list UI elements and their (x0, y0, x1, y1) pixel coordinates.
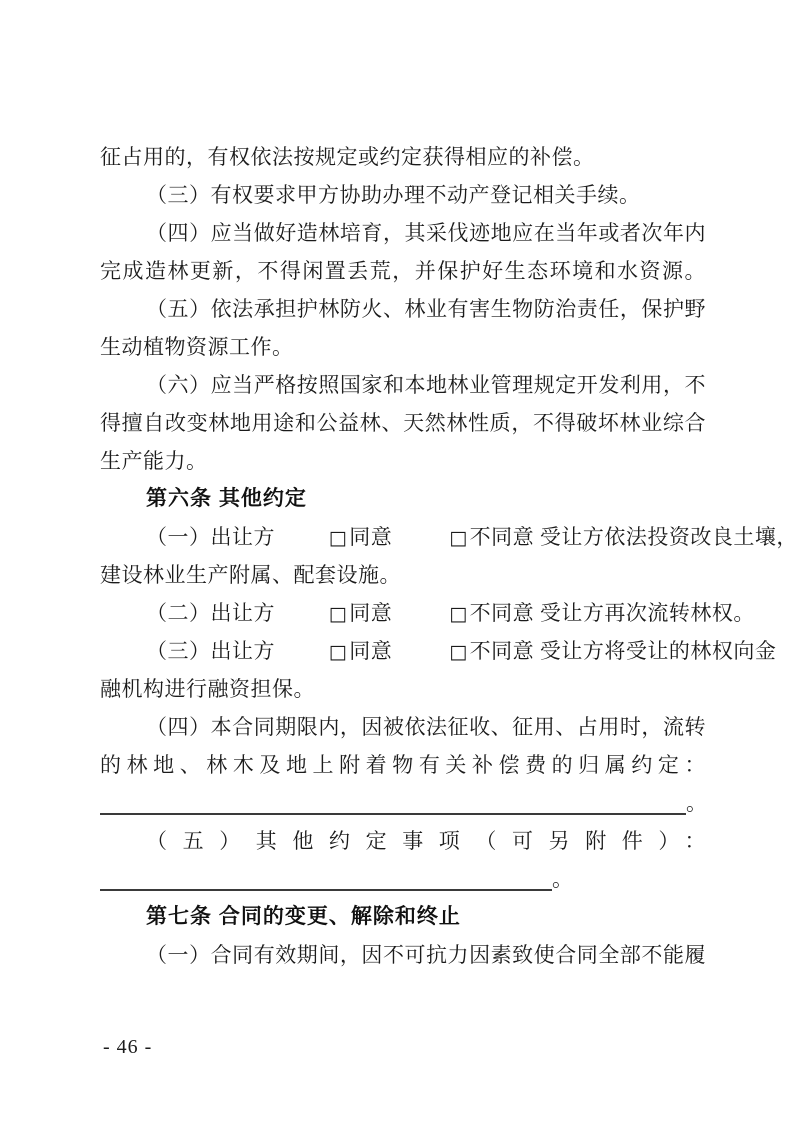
agree-label: 同意 (349, 639, 392, 663)
checkbox-disagree-icon: □ (401, 519, 469, 557)
checkbox-agree-icon: □ (281, 595, 349, 633)
clause-checkbox-line: （一）出让方 □同意□不同意 受让方依法投资改良土壤， (100, 518, 706, 556)
section-heading-article-6: 第六条 其他约定 (100, 480, 706, 518)
paragraph-line: 完成造林更新，不得闲置丢荒，并保护好生态环境和水资源。 (100, 252, 706, 290)
blank-period: 。 (552, 867, 574, 891)
paragraph-line: （五）依法承担护林防火、林业有害生物防治责任，保护野 (100, 290, 706, 328)
fill-in-blank-line (100, 787, 686, 815)
clause-prefix: （一）出让方 (146, 525, 281, 549)
agree-label: 同意 (349, 601, 392, 625)
disagree-label: 不同意 (470, 601, 535, 625)
paragraph-line: （六）应当严格按照国家和本地林业管理规定开发利用，不 (100, 366, 706, 404)
paragraph-line: 征占用的，有权依法按规定或约定获得相应的补偿。 (100, 138, 706, 176)
fill-in-blank-row: 。 (100, 860, 706, 898)
clause-suffix: 受让方依法投资改良土壤， (534, 525, 793, 549)
clause-suffix: 受让方再次流转林权。 (534, 601, 755, 625)
page-number: - 46 - (103, 1032, 152, 1062)
clause-prefix: （三）出让方 (146, 639, 281, 663)
checkbox-agree-icon: □ (281, 519, 349, 557)
document-page: 征占用的，有权依法按规定或约定获得相应的补偿。 （三）有权要求甲方协助办理不动产… (0, 0, 793, 1122)
fill-in-blank-line (100, 863, 552, 891)
paragraph-line: 的林地、林木及地上附着物有关补偿费的归属约定： (100, 746, 706, 784)
checkbox-disagree-icon: □ (401, 595, 469, 633)
section-heading-article-7: 第七条 合同的变更、解除和终止 (100, 898, 706, 936)
agree-label: 同意 (349, 525, 392, 549)
clause-prefix: （二）出让方 (146, 601, 281, 625)
paragraph-line: 建设林业生产附属、配套设施。 (100, 556, 706, 594)
blank-period: 。 (686, 791, 708, 815)
contract-body: 征占用的，有权依法按规定或约定获得相应的补偿。 （三）有权要求甲方协助办理不动产… (100, 138, 706, 974)
paragraph-line: （一）合同有效期间，因不可抗力因素致使合同全部不能履 (100, 936, 706, 974)
disagree-label: 不同意 (470, 525, 535, 549)
paragraph-line: 生产能力。 (100, 442, 706, 480)
paragraph-line: 融机构进行融资担保。 (100, 670, 706, 708)
paragraph-line: （四）本合同期限内，因被依法征收、征用、占用时，流转 (100, 708, 706, 746)
checkbox-disagree-icon: □ (401, 633, 469, 671)
fill-in-blank-row: 。 (100, 784, 706, 822)
paragraph-line: 得擅自改变林地用途和公益林、天然林性质，不得破坏林业综合 (100, 404, 706, 442)
paragraph-line: （三）有权要求甲方协助办理不动产登记相关手续。 (100, 176, 706, 214)
clause-suffix: 受让方将受让的林权向金 (534, 639, 776, 663)
paragraph-line: （五）其他约定事项（可另附件）： (100, 822, 706, 860)
paragraph-line: （四）应当做好造林培育，其采伐迹地应在当年或者次年内 (100, 214, 706, 252)
checkbox-agree-icon: □ (281, 633, 349, 671)
clause-checkbox-line: （二）出让方 □同意□不同意 受让方再次流转林权。 (100, 594, 706, 632)
disagree-label: 不同意 (470, 639, 535, 663)
paragraph-line: 生动植物资源工作。 (100, 328, 706, 366)
clause-checkbox-line: （三）出让方 □同意□不同意 受让方将受让的林权向金 (100, 632, 706, 670)
